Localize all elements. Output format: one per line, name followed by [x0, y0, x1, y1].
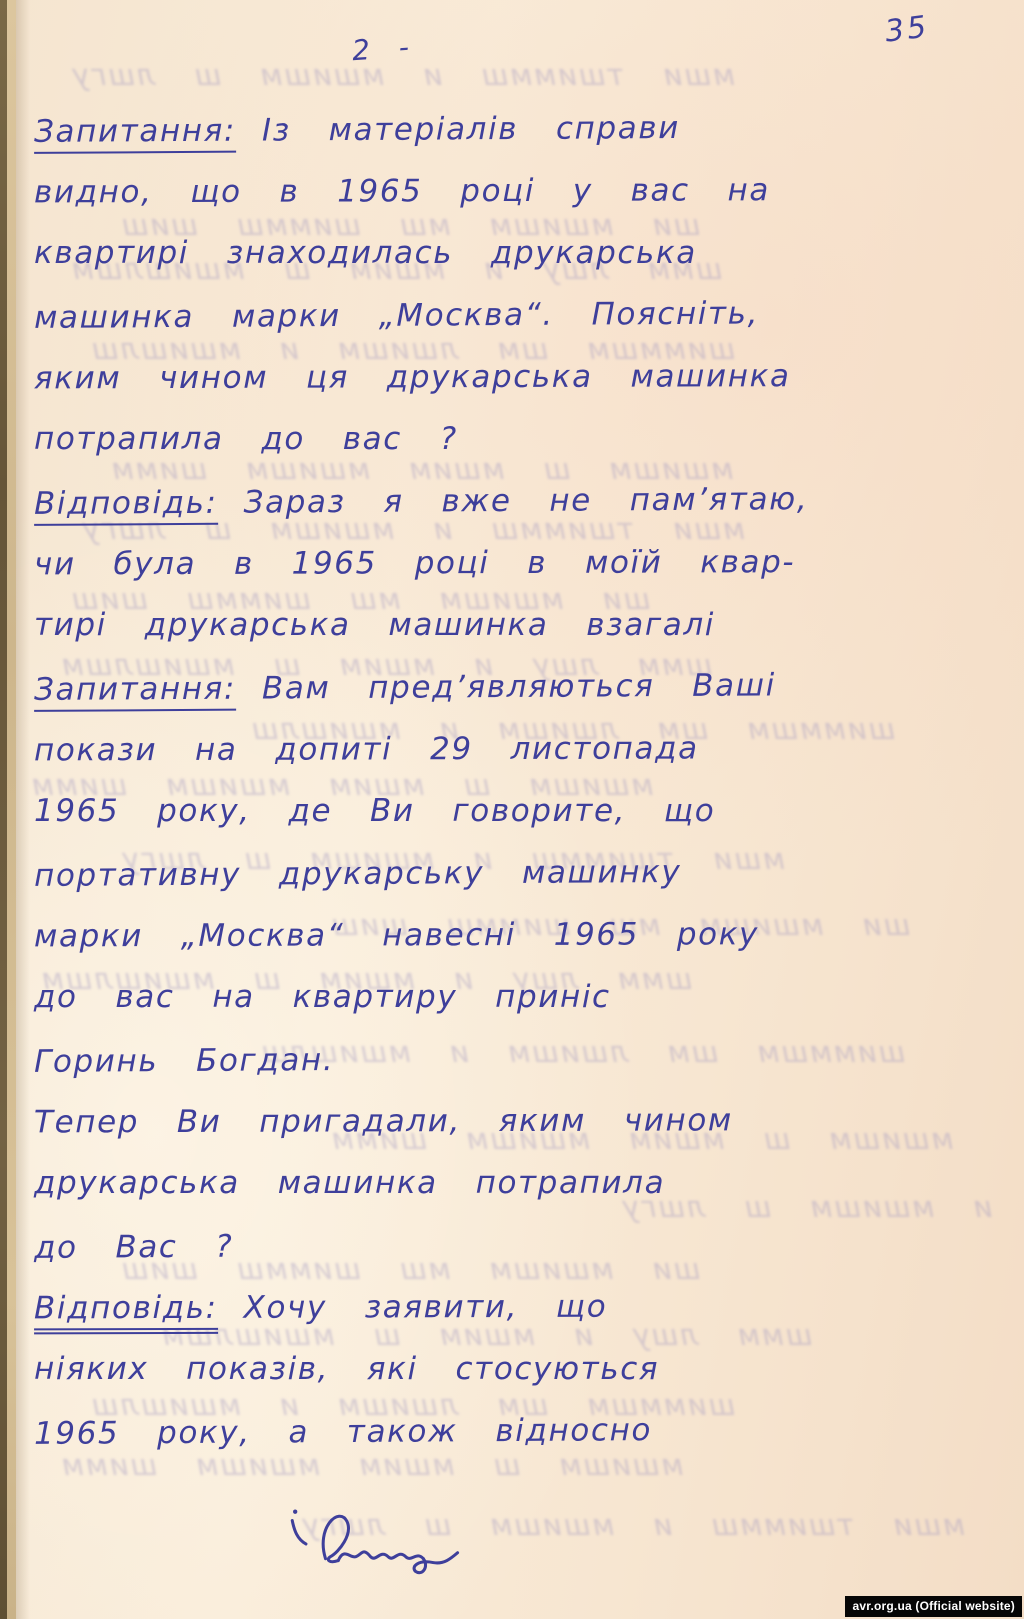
page-edge-shadow [16, 0, 30, 1619]
qa-label: Відповідь: [34, 1290, 218, 1335]
line-text: марки „Москва“ навесні 1965 року [34, 916, 759, 954]
line-text: Хочу заявити, що [244, 1289, 608, 1326]
document-scan: мши тшиммш и мшишм ш лшгуши мшишм мш шим… [0, 0, 1024, 1619]
qa-label: Запитання: [34, 113, 236, 154]
line-text: 1965 року, а також відносно [34, 1412, 652, 1452]
line-text: до вас на квартиру приніс [34, 979, 611, 1015]
line-text: Вам пред’являються Ваші [262, 667, 776, 706]
handwritten-line: квартирі знаходилась друкарська [34, 233, 986, 273]
handwritten-line: потрапила до вас ? [34, 419, 986, 459]
handwritten-line: видно, що в 1965 році у вас на [34, 170, 986, 213]
handwritten-line: Тепер Ви пригадали, яким чином [34, 1100, 986, 1143]
page-stack-edge [7, 0, 16, 1619]
line-text: Зараз я вже не пам’ятаю, [243, 481, 808, 520]
handwritten-line: чи була в 1965 році в моїй квар- [34, 542, 986, 585]
line-text: квартирі знаходилась друкарська [34, 235, 697, 271]
line-text: видно, що в 1965 році у вас на [34, 172, 770, 210]
handwritten-line: яким чином ця друкарська машинка [34, 356, 986, 399]
line-text: ніяких показів, які стосуються [34, 1351, 659, 1387]
handwritten-line: тирі друкарська машинка взагалі [34, 605, 986, 645]
handwritten-line: до Вас ? [34, 1222, 986, 1268]
handwritten-body: Запитання:Із матеріалів справивидно, що … [34, 100, 986, 1473]
handwritten-line: машинка марки „Москва“. Поясніть, [34, 292, 986, 338]
line-text: портативну друкарську машинку [34, 854, 682, 894]
handwritten-line: до вас на квартиру приніс [34, 977, 986, 1017]
qa-label: Відповідь: [34, 485, 218, 526]
line-text: до Вас ? [34, 1229, 234, 1266]
line-text: тирі друкарська машинка взагалі [34, 607, 715, 643]
handwritten-line: друкарська машинка потрапила [34, 1163, 986, 1203]
watermark-text: avr.org.ua (Official website) [852, 1599, 1015, 1613]
signature-scribble [278, 1498, 508, 1588]
handwritten-line: портативну друкарську машинку [34, 850, 986, 896]
qa-label: Запитання: [34, 671, 236, 712]
handwritten-line: ніяких показів, які стосуються [34, 1349, 986, 1389]
watermark-badge: avr.org.ua (Official website) [845, 1596, 1022, 1617]
line-text: Із матеріалів справи [262, 110, 680, 149]
page-number: 2 - [351, 30, 420, 68]
handwritten-line: Запитання:Вам пред’являються Ваші [34, 664, 986, 710]
line-text: чи була в 1965 році в моїй квар- [34, 544, 795, 582]
line-text: 1965 року, де Ви говорите, що [34, 793, 715, 829]
handwritten-line: Відповідь:Зараз я вже не пам’ятаю, [34, 478, 986, 524]
handwritten-line: 1965 року, а також відносно [34, 1408, 986, 1454]
line-text: яким чином ця друкарська машинка [34, 358, 791, 396]
handwritten-line: Відповідь:Хочу заявити, що [34, 1286, 986, 1329]
handwritten-line: Запитання:Із матеріалів справи [34, 106, 986, 152]
line-text: потрапила до вас ? [34, 421, 458, 457]
book-spine-edge [0, 0, 7, 1619]
line-text: Горинь Богдан. [34, 1042, 334, 1080]
handwritten-line: покази на допиті 29 листопада [34, 728, 986, 771]
line-text: покази на допиті 29 листопада [34, 730, 699, 768]
sheet-number: 35 [883, 9, 931, 49]
line-text: друкарська машинка потрапила [34, 1165, 665, 1201]
line-text: Тепер Ви пригадали, яким чином [34, 1102, 733, 1140]
handwritten-line: 1965 року, де Ви говорите, що [34, 791, 986, 831]
line-text: машинка марки „Москва“. Поясніть, [34, 295, 759, 335]
handwritten-line: марки „Москва“ навесні 1965 року [34, 914, 986, 957]
handwritten-line: Горинь Богдан. [34, 1036, 986, 1082]
